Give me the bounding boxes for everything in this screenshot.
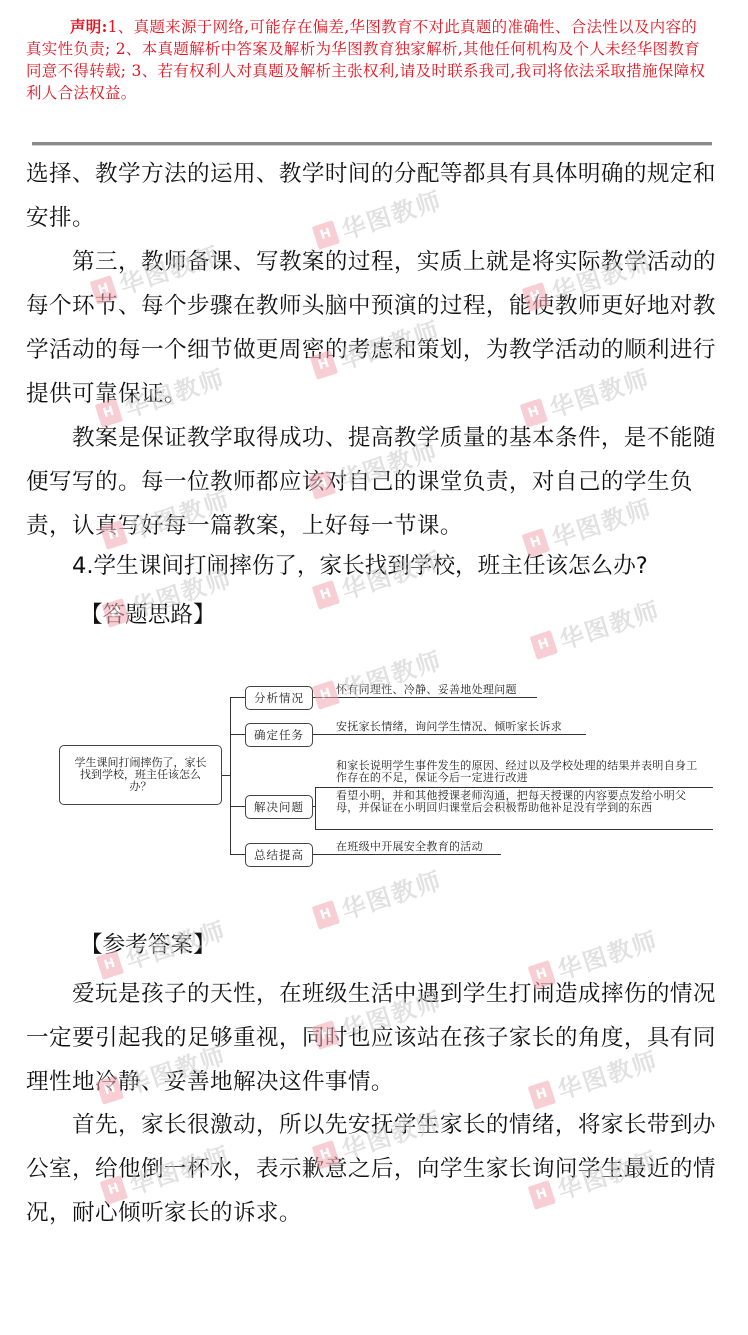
leaf-solve-explain: 和家长说明学生事件发生的原因、经过以及学校处理的结果并表明自身工作存在的不足，保… <box>336 760 698 783</box>
branch-connector <box>230 806 245 807</box>
answer-paragraph-2: 首先，家长很激动，所以先安抚学生家长的情绪，将家长带到办公室，给他倒一杯水，表示… <box>26 1103 716 1235</box>
watermark: H华图教师 <box>310 640 446 714</box>
leaf-summarize: 在班级中开展安全教育的活动 <box>336 841 706 853</box>
answer-heading: 【参考答案】 <box>80 930 216 960</box>
leaf-underline <box>315 787 713 788</box>
disclaimer-line1: 1、真题来源于网络,可能存在偏差,华图教育不对此真题的准确性、合法性以及内容 <box>108 18 682 36</box>
watermark-logo-icon: H <box>312 580 340 610</box>
leaf-define-task: 安抚家长情绪，询问学生情况、倾听家长诉求 <box>336 721 706 733</box>
branch-connector <box>230 734 245 735</box>
branch-spine <box>230 697 231 855</box>
leaf-underline <box>311 854 501 855</box>
header-divider <box>32 142 712 146</box>
paragraph-continuation: 选择、教学方法的运用、教学时间的分配等都具有具体明确的规定和安排。 <box>26 152 716 240</box>
branch-connector <box>230 697 245 698</box>
answer-paragraph-1: 爱玩是孩子的天性，在班级生活中遇到学生打闹造成摔伤的情况一定要引起我的足够重视，… <box>26 972 716 1104</box>
watermark: H华图教师 <box>310 860 446 934</box>
branch-solve: 解决问题 <box>245 795 313 819</box>
branch-define-task: 确定任务 <box>245 723 313 747</box>
watermark-logo-icon: H <box>530 630 558 660</box>
leaf-underline <box>315 829 713 830</box>
root-connector <box>222 775 230 776</box>
watermark-logo-icon: H <box>312 900 340 930</box>
leaf-underline <box>311 697 537 698</box>
paragraph-third-point: 第三，教师备课、写教案的过程，实质上就是将实际教学活动的每个环节、每个步骤在教师… <box>26 240 716 416</box>
disclaimer-label: 声明: <box>26 17 108 36</box>
branch-analyze: 分析情况 <box>245 686 313 710</box>
paragraph-lesson-plan: 教案是保证教学取得成功、提高教学质量的基本条件，是不能随便写写的。每一位教师都应… <box>26 416 716 548</box>
mind-map-root: 学生课间打闹摔伤了，家长找到学校，班主任该怎么办？ <box>59 745 222 805</box>
thinking-heading: 【答题思路】 <box>80 600 216 630</box>
watermark-logo-icon: H <box>312 680 340 710</box>
leaf-analyze: 怀有同理性、冷静、妥善地处理问题 <box>336 684 706 696</box>
question-title: 4.学生课间打闹摔伤了，家长找到学校，班主任该怎么办? <box>72 551 648 581</box>
disclaimer: 声明:1、真题来源于网络,可能存在偏差,华图教育不对此真题的准确性、合法性以及内… <box>26 16 712 104</box>
watermark: H华图教师 <box>528 590 664 664</box>
branch-summarize: 总结提高 <box>245 843 313 867</box>
leaf-underline <box>311 734 586 735</box>
branch-connector <box>230 854 245 855</box>
leaf-bracket <box>315 787 316 829</box>
leaf-solve-visit: 看望小明，并和其他授课老师沟通，把每天授课的内容要点发给小明父母，并保证在小明回… <box>336 790 698 813</box>
